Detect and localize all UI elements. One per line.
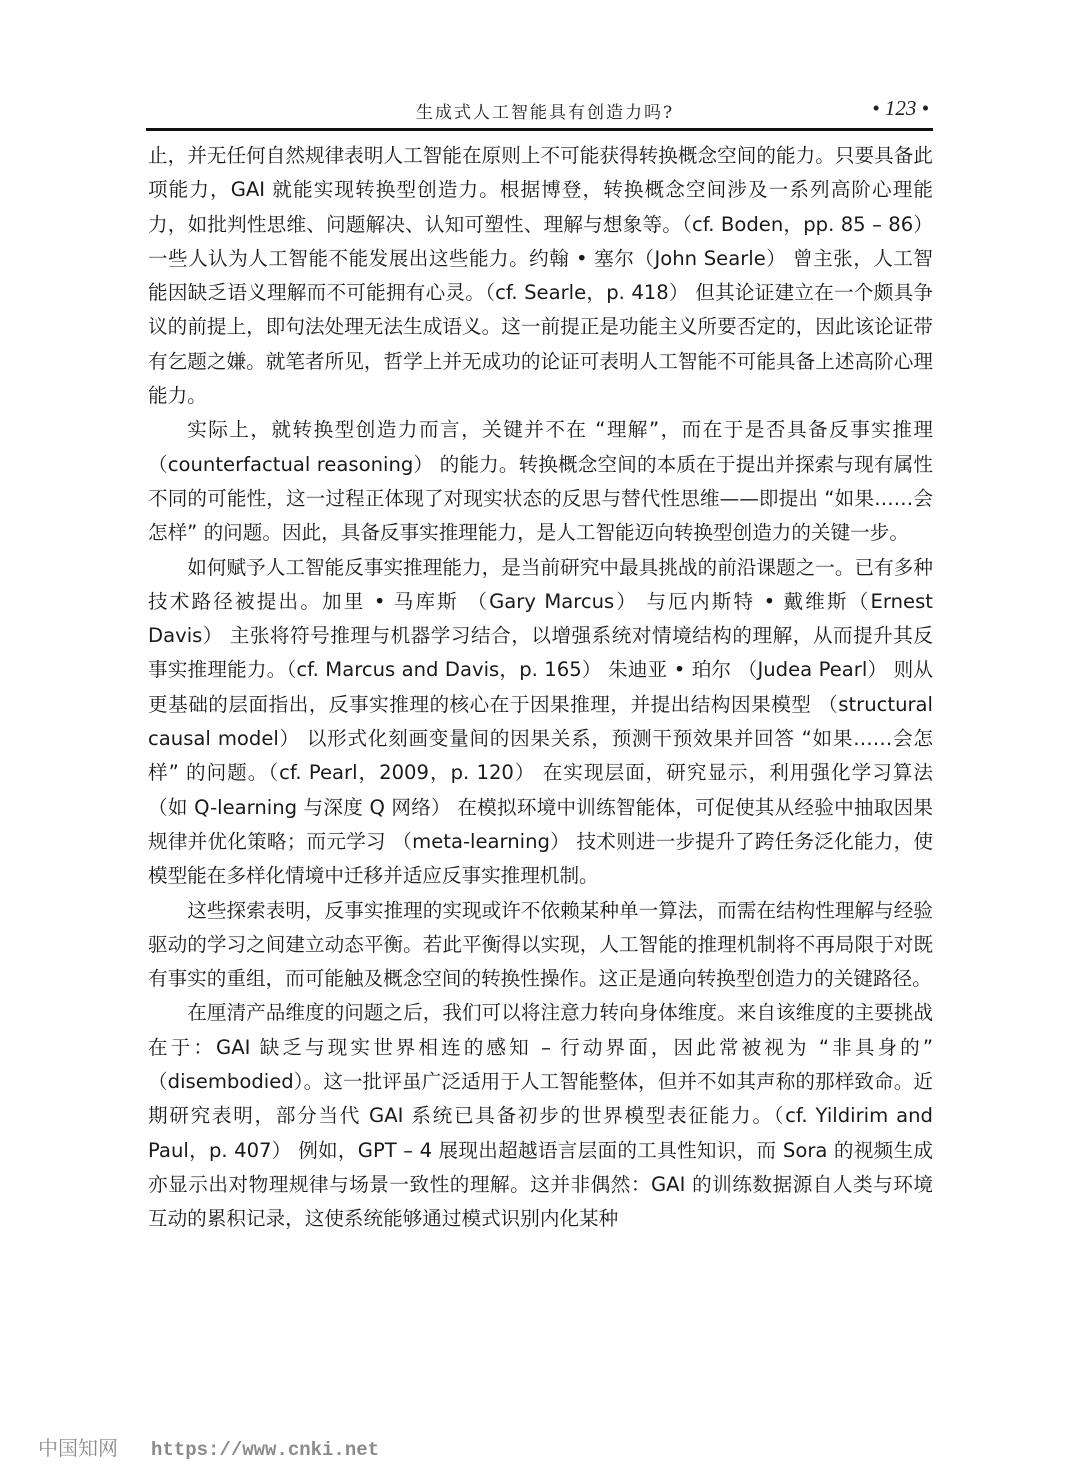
header-divider [146, 128, 933, 131]
watermark-url[interactable]: https://www.cnki.net [151, 1439, 379, 1461]
cnki-watermark: 中国知网 https://www.cnki.net [38, 1432, 379, 1461]
paragraph-2: 实际上，就转换型创造力而言，关键并不在 “理解”，而在于是否具备反事实推理（co… [148, 413, 933, 550]
running-header-title: 生成式人工智能具有创造力吗? [416, 98, 674, 123]
watermark-brand: 中国知网 [38, 1436, 118, 1460]
body-text: 止，并无任何自然规律表明人工智能在原则上不可能获得转换概念空间的能力。只要具备此… [148, 139, 933, 1237]
running-header: 生成式人工智能具有创造力吗? • 123 • [146, 98, 933, 126]
paragraph-4: 这些探索表明，反事实推理的实现或许不依赖某种单一算法，而需在结构性理解与经验驱动… [148, 894, 933, 997]
paragraph-5: 在厘清产品维度的问题之后，我们可以将注意力转向身体维度。来自该维度的主要挑战在于… [148, 996, 933, 1236]
paragraph-1: 止，并无任何自然规律表明人工智能在原则上不可能获得转换概念空间的能力。只要具备此… [148, 139, 933, 413]
paragraph-3: 如何赋予人工智能反事实推理能力，是当前研究中最具挑战的前沿课题之一。已有多种技术… [148, 551, 933, 894]
page-number: • 123 • [872, 96, 929, 121]
